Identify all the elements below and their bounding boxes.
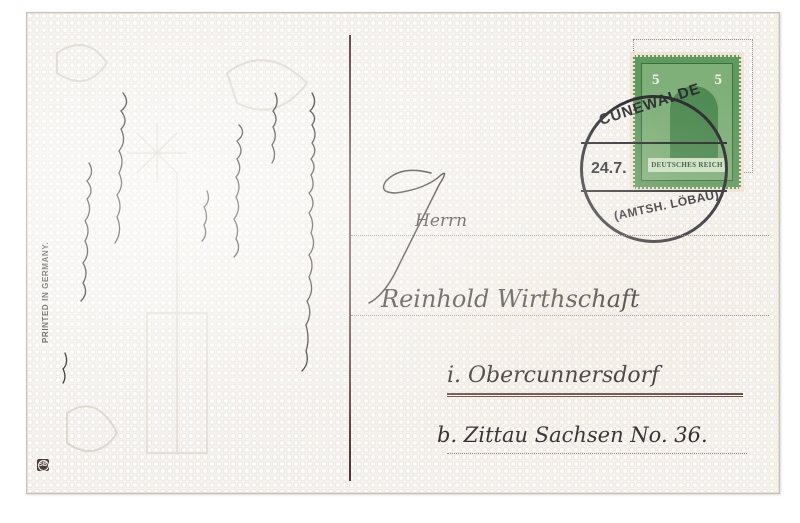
address-salutation: Herrn <box>415 211 467 231</box>
stamp-value-left: 5 <box>652 72 660 89</box>
address-place: i. Obercunnersdorf <box>447 363 659 388</box>
address-line-2 <box>351 315 769 316</box>
postmark-district: (AMTSH. LÖBAU) <box>613 187 721 223</box>
postmark-date: 24.7. <box>591 160 627 178</box>
postcard: PRINTED IN GERMANY. SB 5 5 DEUTSCHES REI… <box>26 12 780 494</box>
postmark-cancellation: CUNEWALDE 24.7. (AMTSH. LÖBAU) <box>580 95 728 243</box>
address-name: Reinhold Wirthschaft <box>381 285 640 313</box>
address-line-4 <box>447 453 747 454</box>
address-region-number: b. Zittau Sachsen No. 36. <box>437 423 708 447</box>
address-line-3-underline <box>447 393 743 397</box>
stamp-value-right: 5 <box>715 72 723 89</box>
handwritten-message <box>27 13 327 483</box>
